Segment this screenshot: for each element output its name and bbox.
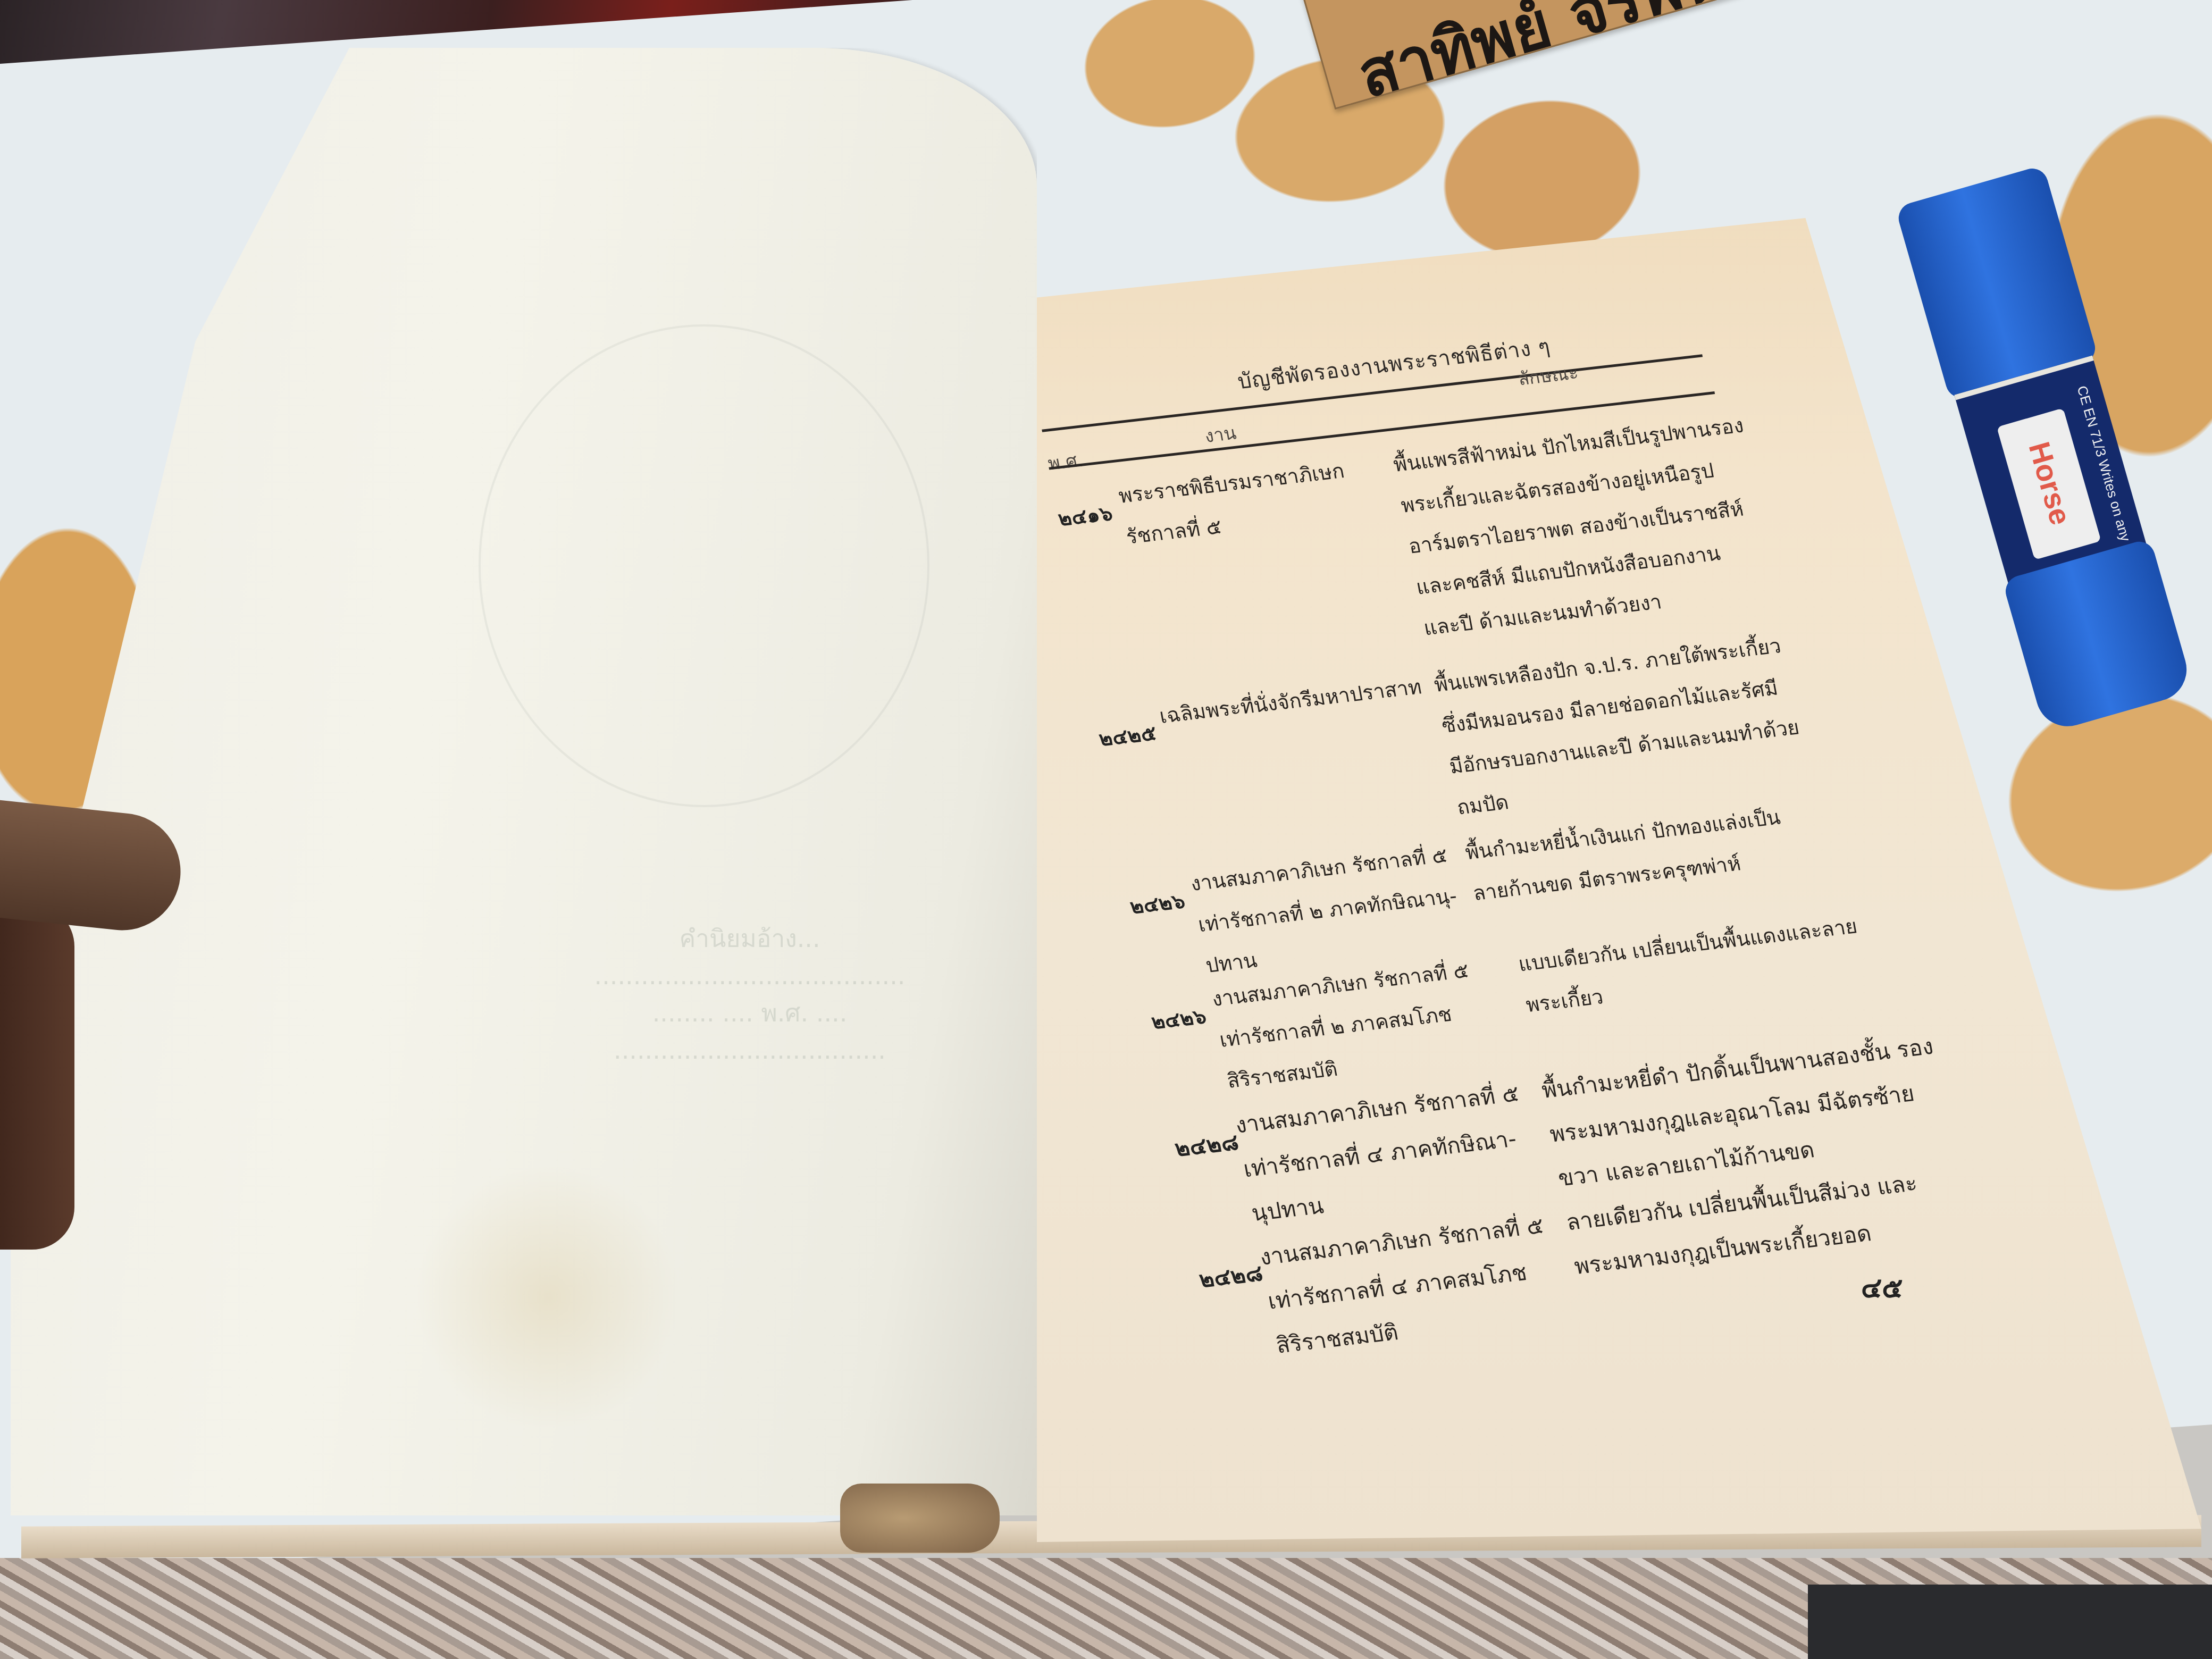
bleed-through-emblem	[479, 324, 929, 807]
row-year: ๒๔๒๘	[1172, 1125, 1242, 1167]
ghost-line: ........ .... พ.ศ. ....	[569, 994, 931, 1032]
ghost-line: คำนิยมอ้าง...	[569, 920, 931, 957]
row-year: ๒๔๒๖	[1127, 884, 1187, 923]
header-event: งาน	[1202, 418, 1238, 450]
page-curl-roll	[840, 1484, 1000, 1553]
row-year: ๒๔๒๘	[1196, 1255, 1266, 1297]
row-year: ๒๔๑๖	[1055, 497, 1116, 535]
ghost-line: ...................................	[569, 1032, 931, 1069]
bleed-through-text: คำนิยมอ้าง... ..........................…	[569, 920, 931, 1069]
dark-floor	[1808, 1585, 2212, 1659]
header-year: พ.ศ.	[1045, 446, 1085, 478]
ghost-line: ........................................	[569, 957, 931, 994]
page-number: ๔๕	[1861, 1266, 1903, 1310]
row-event: เฉลิมพระที่นั่งจักรีมหาปราสาท	[1156, 666, 1425, 737]
row-year: ๒๔๒๖	[1149, 1000, 1209, 1038]
event-line: เฉลิมพระที่นั่งจักรีมหาปราสาท	[1156, 666, 1425, 737]
header-description: ลักษณะ	[1515, 358, 1581, 393]
row-description: แบบเดียวกัน เปลี่ยนเป็นพื้นแดงและลาย พระ…	[1515, 906, 1869, 1026]
row-event: พระราชพิธีบรมราชาภิเษก รัชกาลที่ ๕	[1115, 450, 1355, 557]
page-title: บัญชีพัดรองงานพระราชพิธีต่าง ๆ	[1235, 329, 1553, 398]
paper-stain	[415, 1164, 681, 1430]
row-year: ๒๔๒๕	[1096, 716, 1159, 755]
row-description: พื้นแพรสีฟ้าหม่น ปักไหมสีเป็นรูปพานรอง พ…	[1390, 405, 1778, 649]
row-description: พื้นแพรเหลืองปัก จ.ป.ร. ภายใต้พระเกี้ยว …	[1430, 625, 1810, 828]
hand	[0, 904, 74, 1250]
ceremonial-fan-table: บัญชีพัดรองงานพระราชพิธีต่าง ๆ พ.ศ. งาน …	[1026, 237, 2152, 1289]
